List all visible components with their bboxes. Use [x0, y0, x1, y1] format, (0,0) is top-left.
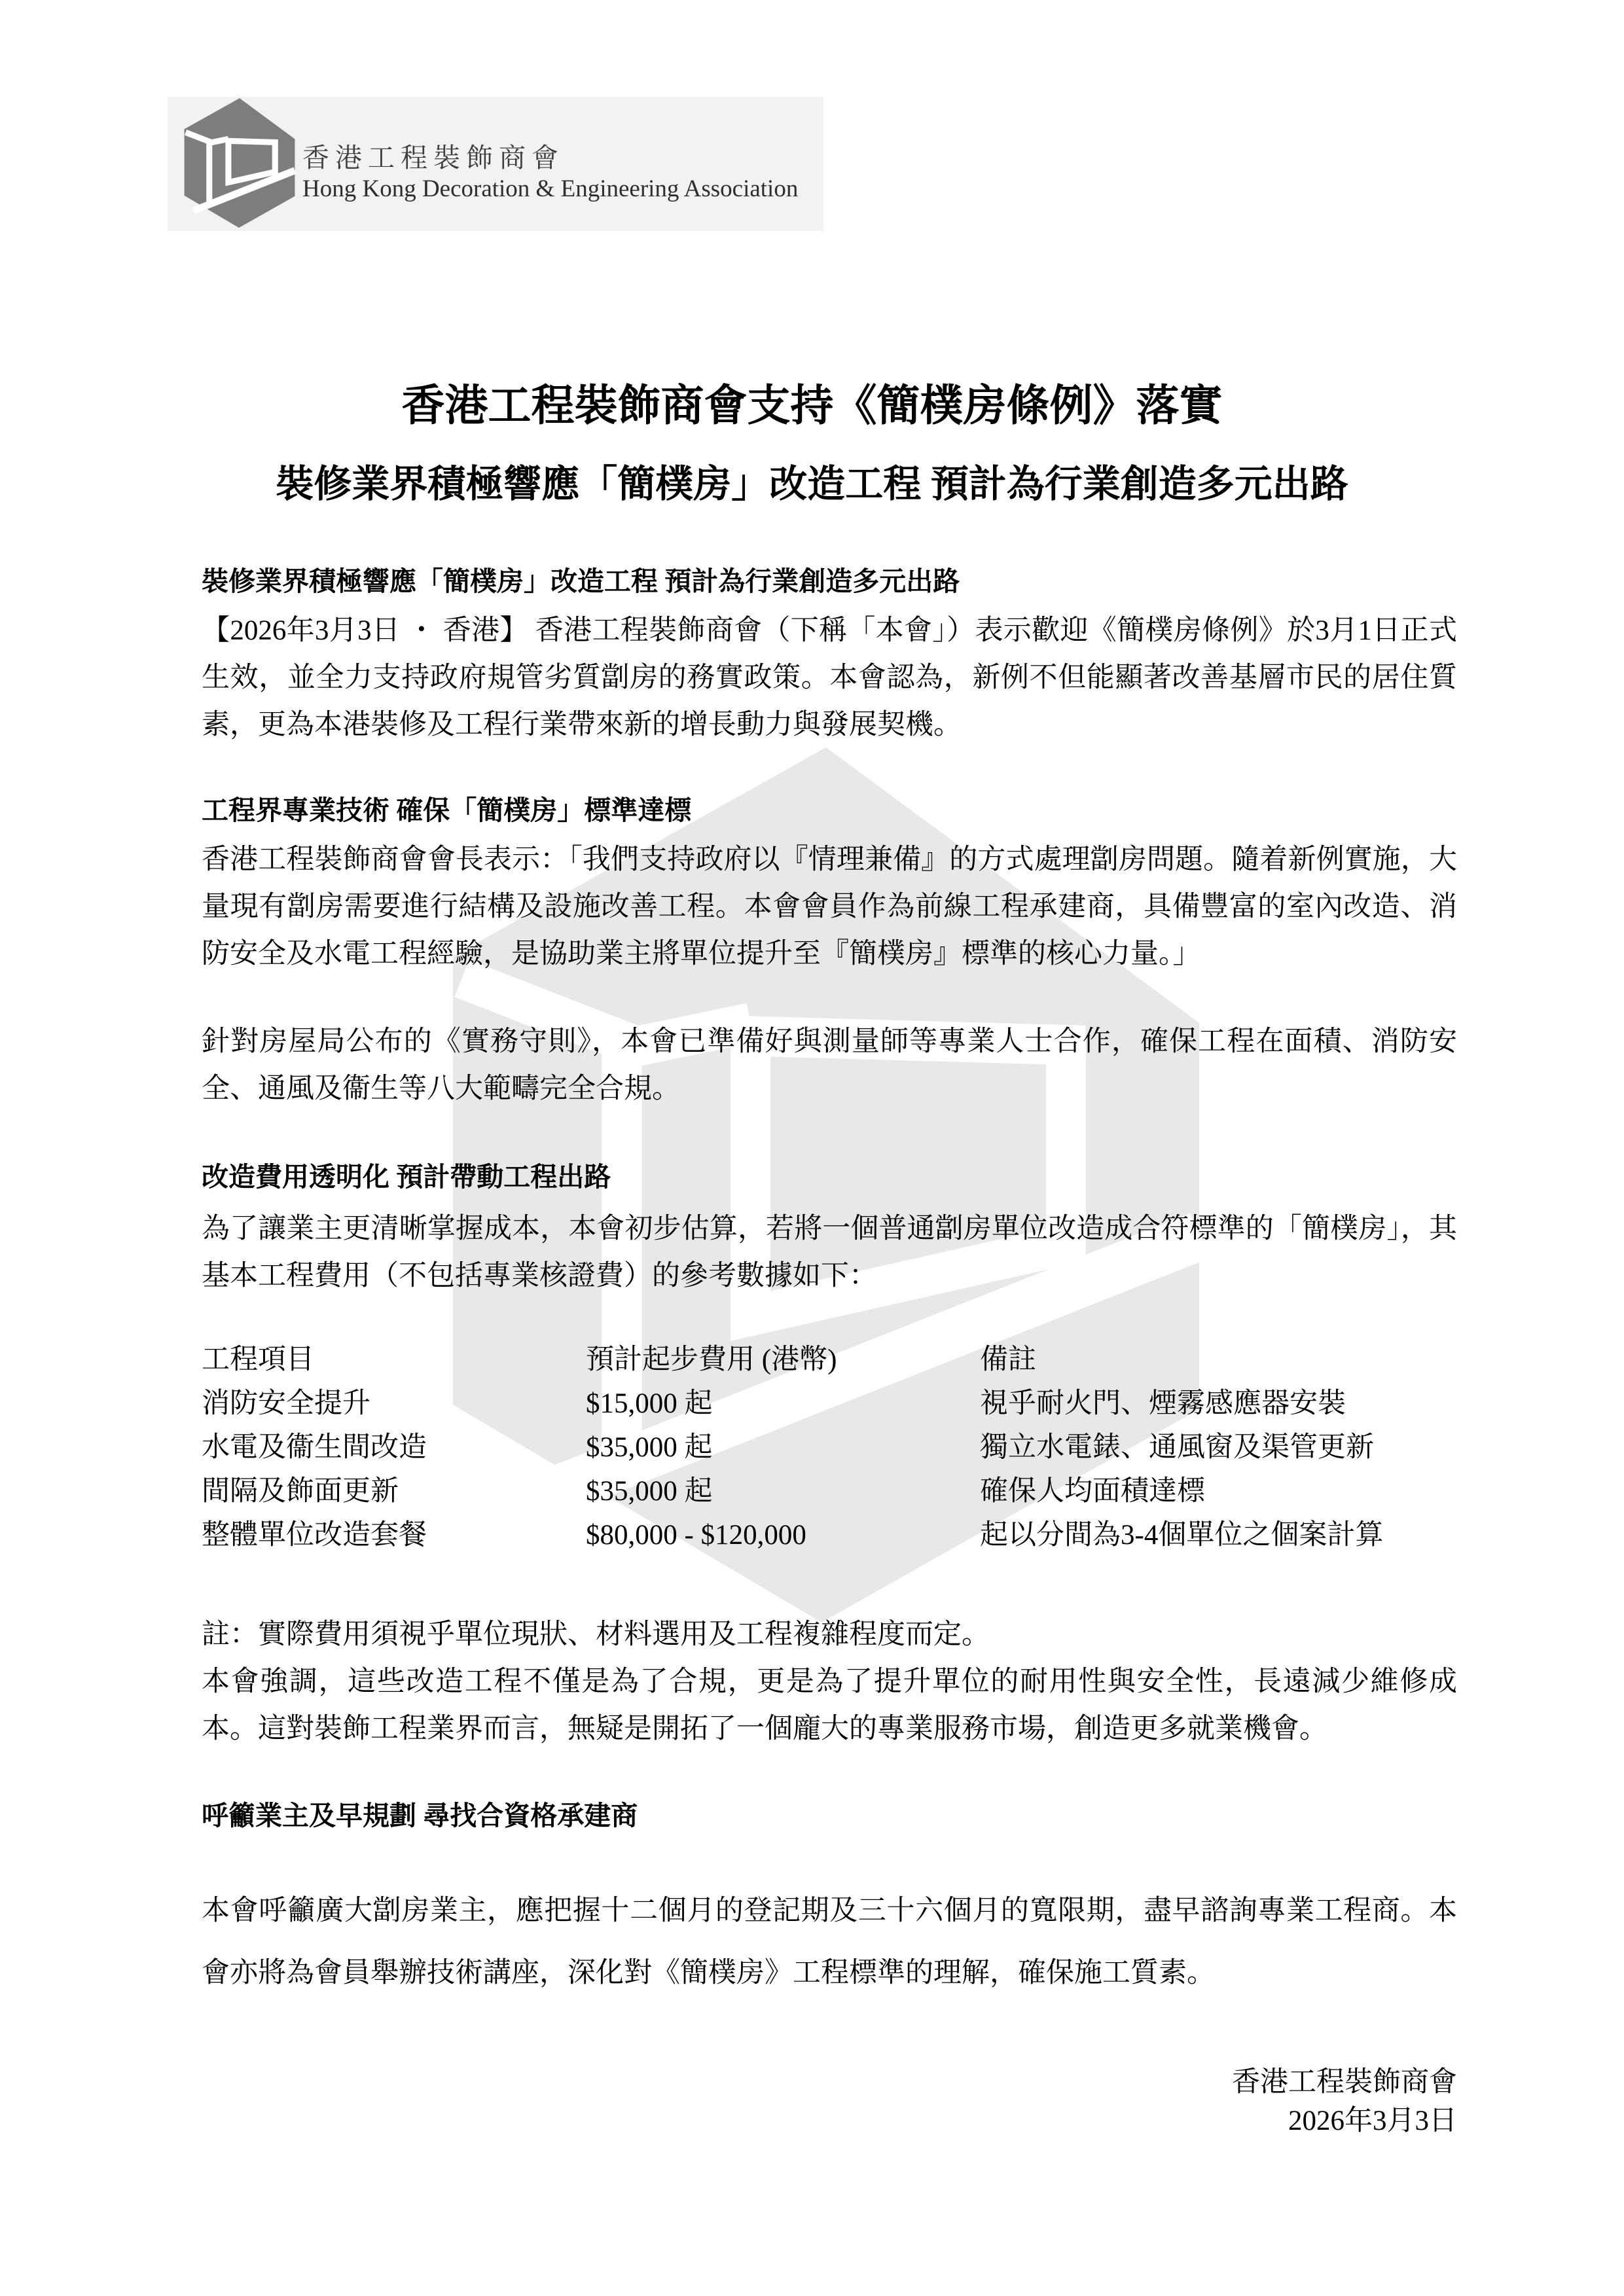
cell-remarks: 視乎耐火門、煙霧感應器安裝: [980, 1382, 1457, 1426]
paragraph-cost-intro: 為了讓業主更清晰掌握成本，本會初步估算，若將一個普通劏房單位改造成合符標準的「簡…: [202, 1206, 1457, 1300]
document-page: 香港工程裝飾商會 Hong Kong Decoration & Engineer…: [0, 0, 1624, 2296]
signature-org: 香港工程裝飾商會: [202, 2063, 1457, 2102]
paragraph-code-of-practice: 針對房屋局公布的《實務守則》，本會已準備好與測量師等專業人士合作，確保工程在面積…: [202, 1018, 1457, 1113]
cell-fee: $80,000 - $120,000: [586, 1513, 980, 1557]
table-footnote: 註：實際費用須視乎單位現狀、材料選用及工程複雜程度而定。: [202, 1611, 1457, 1659]
table-row: 整體單位改造套餐 $80,000 - $120,000 起以分間為3-4個單位之…: [202, 1513, 1457, 1557]
table-row: 消防安全提升 $15,000 起 視乎耐火門、煙霧感應器安裝: [202, 1382, 1457, 1426]
cell-item: 間隔及飾面更新: [202, 1469, 586, 1513]
paragraph-market-opportunity: 本會強調，這些改造工程不僅是為了合規，更是為了提升單位的耐用性與安全性，長遠減少…: [202, 1659, 1457, 1753]
section-heading-call-to-owners: 呼籲業主及早規劃 尋找合資格承建商: [202, 1799, 1457, 1833]
cell-item: 整體單位改造套餐: [202, 1513, 586, 1557]
cell-remarks: 確保人均面積達標: [980, 1469, 1457, 1513]
signature-date: 2026年3月3日: [202, 2102, 1457, 2140]
cell-fee: $15,000 起: [586, 1382, 980, 1426]
cost-reference-table: 工程項目 預計起步費用 (港幣) 備註 消防安全提升 $15,000 起 視乎耐…: [202, 1338, 1457, 1557]
column-header-remarks: 備註: [980, 1338, 1457, 1382]
section-heading-cost-transparency: 改造費用透明化 預計帶動工程出路: [202, 1160, 1457, 1194]
table-row: 間隔及飾面更新 $35,000 起 確保人均面積達標: [202, 1469, 1457, 1513]
cell-remarks: 起以分間為3-4個單位之個案計算: [980, 1513, 1457, 1557]
paragraph-chairman-quote: 香港工程裝飾商會會長表示：「我們支持政府以『情理兼備』的方式處理劏房問題。隨着新…: [202, 836, 1457, 978]
cell-item: 水電及衞生間改造: [202, 1426, 586, 1469]
table-row: 水電及衞生間改造 $35,000 起 獨立水電錶、通風窗及渠管更新: [202, 1426, 1457, 1469]
column-header-fee: 預計起步費用 (港幣): [586, 1338, 980, 1382]
signature-block: 香港工程裝飾商會 2026年3月3日: [202, 2063, 1457, 2140]
cell-fee: $35,000 起: [586, 1426, 980, 1469]
cell-item: 消防安全提升: [202, 1382, 586, 1426]
paragraph-intro: 【2026年3月3日 ・ 香港】 香港工程裝飾商會（下稱「本會」）表示歡迎《簡樸…: [202, 607, 1457, 749]
paragraph-call-to-owners: 本會呼籲廣大劏房業主，應把握十二個月的登記期及三十六個月的寬限期，盡早諮詢專業工…: [202, 1880, 1457, 2004]
section-heading-industry-response: 裝修業界積極響應「簡樸房」改造工程 預計為行業創造多元出路: [202, 564, 1457, 598]
section-heading-professional-skills: 工程界專業技術 確保「簡樸房」標準達標: [202, 793, 1457, 827]
document-body: 裝修業界積極響應「簡樸房」改造工程 預計為行業創造多元出路 【2026年3月3日…: [202, 0, 1457, 2296]
cell-remarks: 獨立水電錶、通風窗及渠管更新: [980, 1426, 1457, 1469]
column-header-item: 工程項目: [202, 1338, 586, 1382]
cell-fee: $35,000 起: [586, 1469, 980, 1513]
table-header-row: 工程項目 預計起步費用 (港幣) 備註: [202, 1338, 1457, 1382]
